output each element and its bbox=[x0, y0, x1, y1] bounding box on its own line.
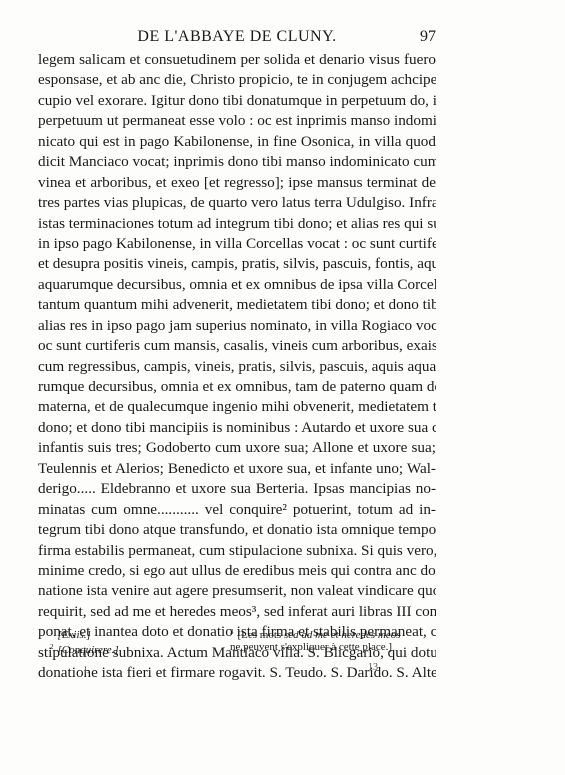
text-line: aquarumque decursibus, omnia et ex omnib… bbox=[38, 275, 436, 295]
footnote-mark: 1 bbox=[50, 628, 54, 636]
text-line: minime credo, si ego aut ullus de eredib… bbox=[38, 561, 436, 581]
body-text: legem salicam et consuetudinem per solid… bbox=[38, 50, 436, 684]
page-number: 97 bbox=[420, 28, 436, 46]
text-line: in ipso pago Kabilonense, in villa Corce… bbox=[38, 234, 436, 254]
text-line: minatas cum omne........... vel conquire… bbox=[38, 500, 436, 520]
text-line: natione ista venire aut agere presumseri… bbox=[38, 581, 436, 601]
text-line: perpetuum ut permaneat esse volo : oc es… bbox=[38, 111, 436, 131]
text-line: rumque decursibus, omnia et ex omnibus, … bbox=[38, 377, 436, 397]
text-line: alias res in ipso pago jam superius nomi… bbox=[38, 316, 436, 336]
text-line: cum regressibus, campis, vineis, pratis,… bbox=[38, 357, 436, 377]
footnote-mark: 3 bbox=[230, 628, 234, 636]
text-line: Teulennis et Alerios; Benedicto et uxore… bbox=[38, 459, 436, 479]
text-line: tantum quantum mihi advenerit, medietate… bbox=[38, 295, 436, 315]
text-line: istas terminaciones totum ad integrum ti… bbox=[38, 214, 436, 234]
footnote-3-continuation: ne peuvent s'expliquer à cette place.] bbox=[230, 640, 445, 655]
book-page: DE L'ABBAYE DE CLUNY. 97 legem salicam e… bbox=[0, 0, 565, 775]
text-line: tegrum tibi dono atque transfundo, et do… bbox=[38, 520, 436, 540]
text-line: dicit Manciaco vocat; inprimis dono tibi… bbox=[38, 152, 436, 172]
text-line: et desupra positis vineis, campis, prati… bbox=[38, 254, 436, 274]
footnote-2: 2[Conquirere.] bbox=[50, 640, 200, 655]
running-title: DE L'ABBAYE DE CLUNY. bbox=[38, 28, 436, 46]
footnote-1: 1[Exiis.] bbox=[50, 625, 200, 640]
text-line: requirit, sed ad me et heredes meos³, se… bbox=[38, 602, 436, 622]
footnote-3: 3[Les mots sed ad me et heredes meos bbox=[230, 625, 445, 640]
text-line: legem salicam et consuetudinem per solid… bbox=[38, 50, 436, 70]
text-line: materna, et de qualecumque ingenio mihi … bbox=[38, 397, 436, 417]
text-line: oc sunt curtiferis cum mansis, casalis, … bbox=[38, 336, 436, 356]
footnotes-right-column: 3[Les mots sed ad me et heredes meos ne … bbox=[230, 625, 445, 655]
text-line: esponsase, et ab anc die, Christo propic… bbox=[38, 70, 436, 90]
running-head: DE L'ABBAYE DE CLUNY. 97 bbox=[38, 28, 436, 48]
text-line: nicato qui est in pago Kabilonense, in f… bbox=[38, 132, 436, 152]
footnotes-left-column: 1[Exiis.] 2[Conquirere.] bbox=[50, 625, 200, 655]
footnote-text: [Conquirere.] bbox=[58, 644, 119, 656]
text-line: vinea et arboribus, et exeo [et regresso… bbox=[38, 173, 436, 193]
signature-mark-right: 13 bbox=[368, 662, 378, 673]
text-line: derigo..... Eldebranno et uxore sua Bert… bbox=[38, 479, 436, 499]
text-line: firma estabilis permaneat, cum stipulaci… bbox=[38, 541, 436, 561]
footnote-mark: 2 bbox=[50, 643, 54, 651]
text-line: infantis suis tres; Godoberto cum uxore … bbox=[38, 438, 436, 458]
signature-mark-left: I. bbox=[84, 665, 89, 675]
text-line: cupio vel exorare. Igitur dono tibi dona… bbox=[38, 91, 436, 111]
text-line: tres partes vias plupicas, de quarto ver… bbox=[38, 193, 436, 213]
text-line: dono; et dono tibi mancipiis is nominibu… bbox=[38, 418, 436, 438]
